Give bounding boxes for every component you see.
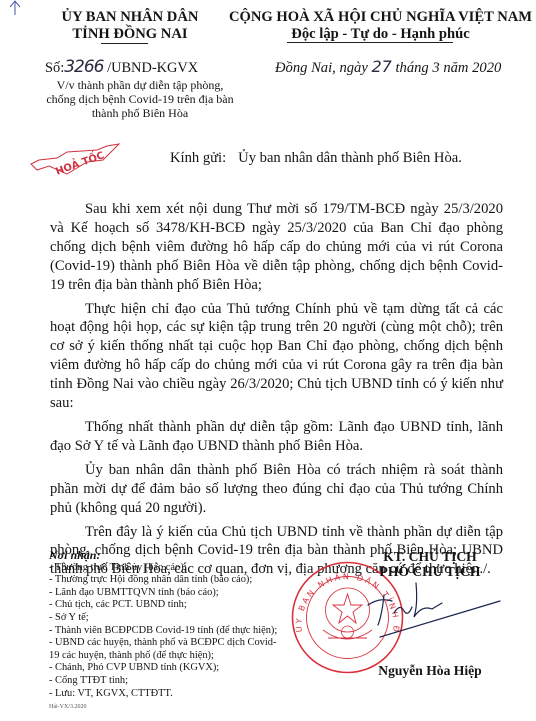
national-motto: Độc lập - Tự do - Hạnh phúc [225, 26, 536, 43]
recipient-item: - Lưu: VT, KGVX, CTTĐTT. [49, 688, 277, 701]
body-paragraph: Thống nhất thành phần dự diễn tập gồm: L… [50, 418, 503, 456]
handwritten-number: 3266 [64, 57, 103, 77]
recipient-item: - Chủ tịch, các PCT. UBND tỉnh; [49, 599, 277, 612]
agency-underline [101, 43, 148, 44]
body-paragraph: Thực hiện chỉ đạo của Thủ tướng Chính ph… [50, 300, 503, 413]
issuing-agency: ỦY BAN NHÂN DÂN TỈNH ĐỒNG NAI [30, 9, 230, 43]
recipient-item: - Sở Y tế; [49, 612, 277, 625]
recipient-item: - Cổng TTĐT tỉnh; [49, 675, 277, 688]
drafter-footnote: Hải-VX/3.2020 [49, 701, 277, 714]
recipient-item: - Thường trực Tỉnh ủy (báo cáo); [49, 562, 277, 575]
recipient-item: - UBND các huyện, thành phố và BCĐPC dịc… [49, 637, 277, 650]
body-paragraph: Sau khi xem xét nội dung Thư mời số 179/… [50, 200, 503, 295]
recipient-item: - Thành viên BCĐPCDB Covid-19 tỉnh (để t… [49, 625, 277, 638]
handwritten-day: 27 [371, 57, 391, 76]
urgent-stamp: HOẢ TỐC [27, 140, 123, 176]
recipient-item: - Thường trực Hội đồng nhân dân tỉnh (bá… [49, 574, 277, 587]
agency-line-1: ỦY BAN NHÂN DÂN [30, 9, 230, 26]
recipients-title: Nơi nhận: [49, 549, 277, 562]
letter-body: Sau khi xem xét nội dung Thư mời số 179/… [50, 200, 503, 584]
pen-mark-icon [8, 0, 22, 16]
national-title: CỘNG HOÀ XÃ HỘI CHỦ NGHĨA VIỆT NAM Độc l… [225, 9, 536, 43]
handwritten-signature [360, 575, 510, 640]
addressee: Kính gửi:Ủy ban nhân dân thành phố Biên … [170, 150, 462, 167]
signer-name: Nguyễn Hòa Hiệp [360, 663, 500, 679]
recipient-item: - Chánh, Phó CVP UBND tỉnh (KGVX); [49, 662, 277, 675]
addressee-recipient: Ủy ban nhân dân thành phố Biên Hòa. [238, 150, 462, 166]
motto-underline [287, 42, 453, 43]
recipient-item: 19 các huyện, thành phố (để thực hiện); [49, 650, 277, 663]
recipients-list: Nơi nhận: - Thường trực Tỉnh ủy (báo cáo… [49, 549, 277, 714]
agency-line-2: TỈNH ĐỒNG NAI [30, 26, 230, 43]
recipient-item: - Lãnh đạo UBMTTQVN tỉnh (báo cáo); [49, 587, 277, 600]
issue-date: Đồng Nai, ngày 27 tháng 3 năm 2020 [275, 57, 501, 77]
national-title-line-1: CỘNG HOÀ XÃ HỘI CHỦ NGHĨA VIỆT NAM [225, 9, 536, 26]
addressee-label: Kính gửi: [170, 150, 226, 166]
subject-summary: V/v thành phần dự diễn tập phòng, chống … [40, 78, 240, 120]
document-number: Số:3266 /UBND-KGVX [45, 57, 198, 77]
body-paragraph: Ủy ban nhân dân thành phố Biên Hòa có tr… [50, 461, 503, 518]
